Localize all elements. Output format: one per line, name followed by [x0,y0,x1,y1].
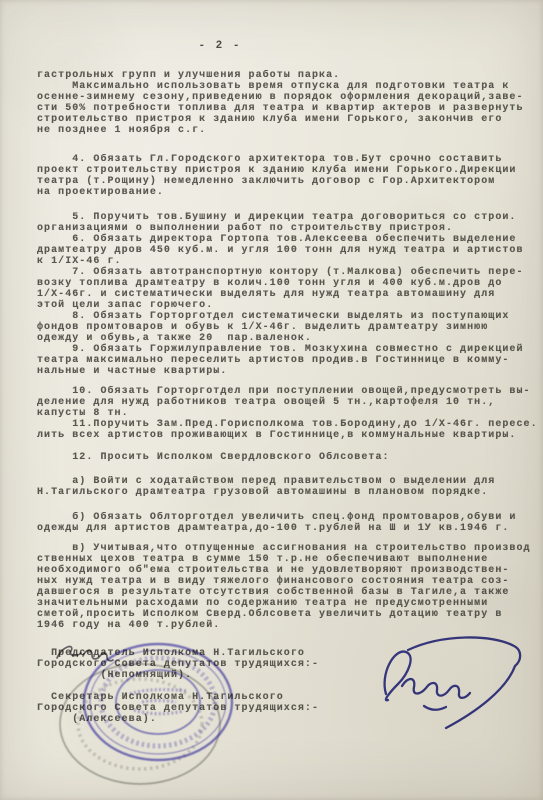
paragraph-item-12b: б) Обязать Облторготдел увеличить спец.ф… [37,512,543,534]
scanned-document-page: - 2 - гастрольных групп и улучшения рабо… [0,0,543,800]
paragraph-item-12v: в) Учитывая,что отпущенные ассигнования … [37,543,543,631]
page-number: - 2 - [0,40,440,52]
paragraph-item-12a: а) Войти с ходатайством перед правительс… [37,476,543,498]
paragraph-item-12: 12. Просить Исполком Свердловского Облсо… [37,452,543,463]
paragraph-item-4: 4. Обязать Гл.Городского архитектора тов… [37,154,543,198]
closing-signature-lines: Председатель Исполкома Н.Тагильского Гор… [37,648,543,725]
paragraph-items-5-9: 5. Поручить тов.Бушину и дирекции театра… [37,212,543,377]
paragraph-intro: гастрольных групп и улучшения работы пар… [37,70,543,136]
paragraph-items-10-11: 10. Обязать Горторготдел при поступлении… [37,386,543,441]
